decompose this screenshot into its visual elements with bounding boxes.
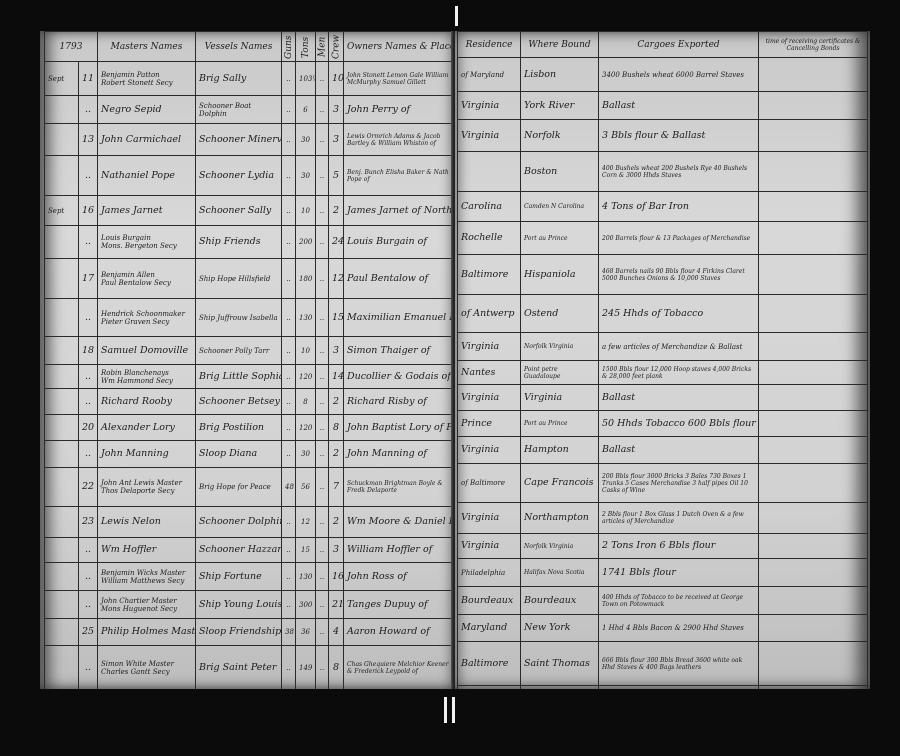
day-cell: 18 bbox=[79, 337, 98, 365]
col3-cell: .. bbox=[316, 337, 329, 365]
owners-cell: Richard Risby of bbox=[344, 389, 454, 415]
residence-cell: Nantes bbox=[458, 361, 521, 385]
men-cell: 2 bbox=[329, 441, 344, 468]
col3-cell: .. bbox=[316, 441, 329, 468]
owners-cell: Tanges Dupuy of bbox=[344, 591, 454, 619]
certificate-cell bbox=[759, 615, 868, 642]
col3-cell: .. bbox=[316, 591, 329, 619]
day-cell: .. bbox=[79, 299, 98, 337]
vessel-name-cell: Brig Sally bbox=[196, 62, 282, 96]
where-bound-cell: London to take in Tobacco in Patuxent bbox=[521, 686, 599, 690]
vessel-name-cell: Ship Friends bbox=[196, 226, 282, 259]
tons-cell: 10 bbox=[296, 196, 316, 226]
table-row: 17Benjamin AllenPaul Bentalow SecyShip H… bbox=[45, 259, 454, 299]
table-row: ..Robin BlanchenaysWm Hammond SecyBrig L… bbox=[45, 365, 454, 389]
month-cell: Sept bbox=[45, 62, 79, 96]
col3-cell: .. bbox=[316, 389, 329, 415]
vessel-name-cell: Brig Hope for Peace bbox=[196, 468, 282, 507]
men-cell: 2 bbox=[329, 389, 344, 415]
owners-cell: Chas Ghequiere Melchior Keener & Frederi… bbox=[344, 646, 454, 690]
owners-cell: John Manning of bbox=[344, 441, 454, 468]
cargo-cell: Ballast bbox=[599, 437, 759, 464]
secretary-name: Charles Gantt Secy bbox=[101, 668, 192, 676]
table-row: ..John Chartier MasterMons Huguenot Secy… bbox=[45, 591, 454, 619]
table-row: ..Richard RoobySchooner Betsey..8..2Rich… bbox=[45, 389, 454, 415]
vessel-name-cell: Schooner Boat Dolphin bbox=[196, 96, 282, 124]
col3-cell: .. bbox=[316, 96, 329, 124]
guns-cell: .. bbox=[282, 389, 296, 415]
residence-cell: Virginia bbox=[458, 333, 521, 361]
guns-cell: .. bbox=[282, 96, 296, 124]
table-row: BourdeauxBourdeaux400 Hhds of Tobacco to… bbox=[458, 587, 868, 615]
vessel-name-cell: Schooner Minerva bbox=[196, 124, 282, 156]
secretary-name: Thos Delaporte Secy bbox=[101, 487, 192, 495]
master-name-cell: John Chartier MasterMons Huguenot Secy bbox=[98, 591, 196, 619]
table-row: ..Benjamin Wicks MasterWilliam Matthews … bbox=[45, 563, 454, 591]
month-cell bbox=[45, 468, 79, 507]
certificate-cell bbox=[759, 534, 868, 559]
guns-cell: .. bbox=[282, 156, 296, 196]
guns-cell: .. bbox=[282, 591, 296, 619]
month-cell bbox=[45, 507, 79, 538]
guns-header: Guns bbox=[282, 32, 296, 62]
cargo-cell: 1741 Bbls flour bbox=[599, 559, 759, 587]
day-cell: .. bbox=[79, 646, 98, 690]
vessel-name-cell: Schooner Dolphin bbox=[196, 507, 282, 538]
master-name-cell: Philip Holmes Master bbox=[98, 619, 196, 646]
register-table-right: Residence Where Bound Cargoes Exported t… bbox=[457, 31, 868, 689]
tons-cell: 149 bbox=[296, 646, 316, 690]
col3-cell: .. bbox=[316, 156, 329, 196]
residence-cell: Virginia bbox=[458, 92, 521, 120]
certificate-cell bbox=[759, 686, 868, 690]
cargo-cell: 245 Hhds of Tobacco bbox=[599, 295, 759, 333]
month-cell bbox=[45, 619, 79, 646]
owners-cell: Schuckman Brightman Boyle & Fredk Delapo… bbox=[344, 468, 454, 507]
owners-header: Owners Names & Places of bbox=[344, 32, 454, 62]
master-name: Hendrick Schoonmaker bbox=[101, 310, 192, 318]
residence-cell: Bourdeaux bbox=[458, 587, 521, 615]
master-name-cell: Alexander Lory bbox=[98, 415, 196, 441]
tons-header: Tons bbox=[296, 32, 316, 62]
vessel-name-cell: Schooner Hazzard bbox=[196, 538, 282, 563]
table-row: CarolinaCamden N Carolina4 Tons of Bar I… bbox=[458, 192, 868, 222]
film-mark-bottom-2 bbox=[452, 697, 455, 723]
table-row: 13John CarmichaelSchooner Minerva..30..3… bbox=[45, 124, 454, 156]
col3-cell: .. bbox=[316, 507, 329, 538]
table-row: NantesPoint petre Guadaloupe1500 Bbls fl… bbox=[458, 361, 868, 385]
film-mark-bottom-1 bbox=[444, 697, 447, 723]
day-cell: 13 bbox=[79, 124, 98, 156]
crew-header: Crew bbox=[329, 32, 344, 62]
men-cell: 10 bbox=[329, 62, 344, 96]
vessels-names-header: Vessels Names bbox=[196, 32, 282, 62]
day-cell: 11 bbox=[79, 62, 98, 96]
month-cell bbox=[45, 591, 79, 619]
month-cell bbox=[45, 226, 79, 259]
table-row: 23Lewis NelonSchooner Dolphin..12..2Wm M… bbox=[45, 507, 454, 538]
vessel-name-cell: Sloop Friendship bbox=[196, 619, 282, 646]
certificate-cell bbox=[759, 92, 868, 120]
table-row: Sept16James JarnetSchooner Sally..10..2J… bbox=[45, 196, 454, 226]
men-cell: 3 bbox=[329, 96, 344, 124]
owners-cell: Wm Moore & Daniel Hall of bbox=[344, 507, 454, 538]
men-cell: 3 bbox=[329, 538, 344, 563]
guns-cell: .. bbox=[282, 507, 296, 538]
month-cell bbox=[45, 365, 79, 389]
day-cell: 20 bbox=[79, 415, 98, 441]
table-row: Boston400 Bushels wheat 200 Bushels Rye … bbox=[458, 152, 868, 192]
table-row: 25Philip Holmes MasterSloop Friendship38… bbox=[45, 619, 454, 646]
vessel-name-cell: Ship Juffrouw Isabella bbox=[196, 299, 282, 337]
master-name: John Chartier Master bbox=[101, 597, 192, 605]
certificates-header: time of receiving certificates & Cancell… bbox=[759, 32, 868, 58]
month-cell bbox=[45, 563, 79, 591]
month-cell bbox=[45, 646, 79, 690]
table-row: 20Alexander LoryBrig Postilion..120..8Jo… bbox=[45, 415, 454, 441]
table-row: 22John Ant Lewis MasterThos Delaporte Se… bbox=[45, 468, 454, 507]
master-name: Benjamin Patton bbox=[101, 71, 192, 79]
day-cell: 23 bbox=[79, 507, 98, 538]
men-cell: 3 bbox=[329, 124, 344, 156]
vessel-name-cell: Schooner Betsey bbox=[196, 389, 282, 415]
certificate-cell bbox=[759, 152, 868, 192]
residence-cell: of Maryland bbox=[458, 58, 521, 92]
men-cell: 15 bbox=[329, 299, 344, 337]
cargo-cell: 666 Bbls flour 300 Bbls Bread 3600 white… bbox=[599, 642, 759, 686]
master-name-cell: James Jarnet bbox=[98, 196, 196, 226]
vessel-name-cell: Schooner Lydia bbox=[196, 156, 282, 196]
residence-cell: Virginia bbox=[458, 437, 521, 464]
col3-cell: .. bbox=[316, 299, 329, 337]
cargo-cell: 1 Hhd 4 Bbls Bacon & 2900 Hhd Staves bbox=[599, 615, 759, 642]
men-header: Men bbox=[316, 32, 329, 62]
day-cell: .. bbox=[79, 96, 98, 124]
day-cell: 22 bbox=[79, 468, 98, 507]
tons-cell: 30 bbox=[296, 441, 316, 468]
cargoes-exported-header: Cargoes Exported bbox=[599, 32, 759, 58]
masters-names-header: Masters Names bbox=[98, 32, 196, 62]
month-cell bbox=[45, 96, 79, 124]
cargo-cell: 2 Bbls flour 1 Box Glass 1 Dutch Oven & … bbox=[599, 503, 759, 534]
table-row: ..Hendrick SchoonmakerPieter Graven Secy… bbox=[45, 299, 454, 337]
master-name-cell: John Ant Lewis MasterThos Delaporte Secy bbox=[98, 468, 196, 507]
owners-cell: Aaron Howard of bbox=[344, 619, 454, 646]
table-row: VirginiaNorthampton2 Bbls flour 1 Box Gl… bbox=[458, 503, 868, 534]
left-page: 1793 Masters Names Vessels Names Guns To… bbox=[40, 31, 455, 689]
table-row: RochellePort au Prince200 Barrels flour … bbox=[458, 222, 868, 255]
cargo-cell: 468 Barrels nails 90 Bbls flour 4 Firkin… bbox=[599, 255, 759, 295]
cargo-cell: 3 Bbls flour & Ballast bbox=[599, 120, 759, 152]
certificate-cell bbox=[759, 255, 868, 295]
where-bound-cell: Hampton bbox=[521, 437, 599, 464]
owners-cell: Simon Thaiger of bbox=[344, 337, 454, 365]
certificate-cell bbox=[759, 192, 868, 222]
where-bound-cell: New York bbox=[521, 615, 599, 642]
certificate-cell bbox=[759, 222, 868, 255]
certificate-cell bbox=[759, 295, 868, 333]
tons-cell: 300 bbox=[296, 591, 316, 619]
table-row: of BaltimoreCape Francois200 Bbls flour … bbox=[458, 464, 868, 503]
tons-cell: 130 bbox=[296, 299, 316, 337]
residence-cell: Virginia bbox=[458, 503, 521, 534]
col3-cell: .. bbox=[316, 196, 329, 226]
residence-cell: Philadelphia bbox=[458, 559, 521, 587]
guns-cell: .. bbox=[282, 365, 296, 389]
men-cell: 24 bbox=[329, 226, 344, 259]
residence-cell: Virginia bbox=[458, 120, 521, 152]
where-bound-cell: Port au Prince bbox=[521, 411, 599, 437]
residence-cell: Baltimore bbox=[458, 642, 521, 686]
table-row: ..Louis BurgainMons. Bergeton SecyShip F… bbox=[45, 226, 454, 259]
certificate-cell bbox=[759, 411, 868, 437]
tons-cell: 103½ bbox=[296, 62, 316, 96]
day-cell: .. bbox=[79, 441, 98, 468]
men-cell: 14 bbox=[329, 365, 344, 389]
certificate-cell bbox=[759, 464, 868, 503]
month-cell bbox=[45, 441, 79, 468]
guns-cell: .. bbox=[282, 62, 296, 96]
cargo-cell: 3400 Bushels wheat 6000 Barrel Staves bbox=[599, 58, 759, 92]
month-cell bbox=[45, 337, 79, 365]
table-row: VirginiaVirginiaBallast bbox=[458, 385, 868, 411]
residence-cell bbox=[458, 152, 521, 192]
where-bound-cell: Bourdeaux bbox=[521, 587, 599, 615]
tons-cell: 36 bbox=[296, 619, 316, 646]
certificate-cell bbox=[759, 120, 868, 152]
certificate-cell bbox=[759, 503, 868, 534]
cargo-cell: Ballast bbox=[599, 92, 759, 120]
residence-cell: of Baltimore bbox=[458, 464, 521, 503]
table-row: of G BritainLondon to take in Tobacco in… bbox=[458, 686, 868, 690]
men-cell: 5 bbox=[329, 156, 344, 196]
table-row: PrincePort au Prince50 Hhds Tobacco 600 … bbox=[458, 411, 868, 437]
master-name-cell: Simon White MasterCharles Gantt Secy bbox=[98, 646, 196, 690]
residence-cell: of G Britain bbox=[458, 686, 521, 690]
certificate-cell bbox=[759, 333, 868, 361]
table-row: VirginiaHamptonBallast bbox=[458, 437, 868, 464]
men-cell: 16 bbox=[329, 563, 344, 591]
cargo-cell: 200 Bbls flour 3000 Bricks 3 Bales 730 B… bbox=[599, 464, 759, 503]
where-bound-cell: Camden N Carolina bbox=[521, 192, 599, 222]
men-cell: 4 bbox=[329, 619, 344, 646]
guns-cell: .. bbox=[282, 196, 296, 226]
secretary-name: Robert Stonett Secy bbox=[101, 79, 192, 87]
master-name-cell: Nathaniel Pope bbox=[98, 156, 196, 196]
vessel-name-cell: Sloop Diana bbox=[196, 441, 282, 468]
col3-cell: .. bbox=[316, 259, 329, 299]
master-name-cell: Benjamin AllenPaul Bentalow Secy bbox=[98, 259, 196, 299]
master-name-cell: Benjamin PattonRobert Stonett Secy bbox=[98, 62, 196, 96]
col3-cell: .. bbox=[316, 563, 329, 591]
day-cell: 17 bbox=[79, 259, 98, 299]
men-cell: 7 bbox=[329, 468, 344, 507]
day-cell: .. bbox=[79, 365, 98, 389]
residence-cell: Virginia bbox=[458, 385, 521, 411]
right-page: Residence Where Bound Cargoes Exported t… bbox=[455, 31, 870, 689]
day-cell: .. bbox=[79, 156, 98, 196]
certificate-cell bbox=[759, 437, 868, 464]
master-name-cell: Hendrick SchoonmakerPieter Graven Secy bbox=[98, 299, 196, 337]
owners-cell: Benj. Bunch Elisha Baker & Nath Pope of bbox=[344, 156, 454, 196]
master-name: John Ant Lewis Master bbox=[101, 479, 192, 487]
secretary-name: Pieter Graven Secy bbox=[101, 318, 192, 326]
cargo-cell: 200 Barrels flour & 13 Packages of Merch… bbox=[599, 222, 759, 255]
where-bound-cell: Virginia bbox=[521, 385, 599, 411]
col3-cell: .. bbox=[316, 62, 329, 96]
month-cell bbox=[45, 259, 79, 299]
cargo-cell: 2 Tons Iron 6 Bbls flour bbox=[599, 534, 759, 559]
tons-cell: 10 bbox=[296, 337, 316, 365]
where-bound-cell: Lisbon bbox=[521, 58, 599, 92]
guns-cell: .. bbox=[282, 226, 296, 259]
col3-cell: .. bbox=[316, 468, 329, 507]
certificate-cell bbox=[759, 385, 868, 411]
month-cell: Sept bbox=[45, 196, 79, 226]
cargo-cell: 400 Hhds of Tobacco to be received at Ge… bbox=[599, 587, 759, 615]
tons-cell: 30 bbox=[296, 124, 316, 156]
residence-cell: Maryland bbox=[458, 615, 521, 642]
where-bound-cell: Norfolk Virginia bbox=[521, 333, 599, 361]
cargo-cell: 400 Bushels wheat 200 Bushels Rye 40 Bus… bbox=[599, 152, 759, 192]
table-row: ..Negro SepidSchooner Boat Dolphin..6..3… bbox=[45, 96, 454, 124]
secretary-name: William Matthews Secy bbox=[101, 577, 192, 585]
guns-cell: .. bbox=[282, 563, 296, 591]
master-name-cell: Wm Hoffler bbox=[98, 538, 196, 563]
guns-cell: .. bbox=[282, 124, 296, 156]
month-cell bbox=[45, 299, 79, 337]
residence-cell: Virginia bbox=[458, 534, 521, 559]
master-name-cell: Richard Rooby bbox=[98, 389, 196, 415]
col3-cell: .. bbox=[316, 538, 329, 563]
where-bound-cell: York River bbox=[521, 92, 599, 120]
guns-cell: .. bbox=[282, 646, 296, 690]
guns-cell: 48 bbox=[282, 468, 296, 507]
where-bound-cell: Saint Thomas bbox=[521, 642, 599, 686]
master-name-cell: Lewis Nelon bbox=[98, 507, 196, 538]
guns-cell: .. bbox=[282, 415, 296, 441]
table-row: ..John ManningSloop Diana..30..2John Man… bbox=[45, 441, 454, 468]
master-name-cell: Benjamin Wicks MasterWilliam Matthews Se… bbox=[98, 563, 196, 591]
table-row: VirginiaYork RiverBallast bbox=[458, 92, 868, 120]
certificate-cell bbox=[759, 587, 868, 615]
day-cell: .. bbox=[79, 591, 98, 619]
men-cell: 21 bbox=[329, 591, 344, 619]
owners-cell: Maximilian Emanuel Deltgoe fils bbox=[344, 299, 454, 337]
col3-cell: .. bbox=[316, 124, 329, 156]
guns-cell: .. bbox=[282, 441, 296, 468]
residence-cell: Baltimore bbox=[458, 255, 521, 295]
cargo-cell: 50 Hhds Tobacco 600 Bbls flour bbox=[599, 411, 759, 437]
table-row: ..Wm HofflerSchooner Hazzard..15..3Willi… bbox=[45, 538, 454, 563]
vessel-name-cell: Schooner Polly Tarr bbox=[196, 337, 282, 365]
certificate-cell bbox=[759, 361, 868, 385]
tons-cell: 130 bbox=[296, 563, 316, 591]
tons-cell: 200 bbox=[296, 226, 316, 259]
month-cell bbox=[45, 389, 79, 415]
cargo-cell: 130 Hhds Tobacco bbox=[599, 686, 759, 690]
table-row: MarylandNew York1 Hhd 4 Bbls Bacon & 290… bbox=[458, 615, 868, 642]
table-row: ..Nathaniel PopeSchooner Lydia..30..5Ben… bbox=[45, 156, 454, 196]
cargo-cell: 4 Tons of Bar Iron bbox=[599, 192, 759, 222]
owners-cell: Ducollier & Godais of bbox=[344, 365, 454, 389]
tons-cell: 30 bbox=[296, 156, 316, 196]
table-row: BaltimoreHispaniola468 Barrels nails 90 … bbox=[458, 255, 868, 295]
master-name: Simon White Master bbox=[101, 660, 192, 668]
residence-header: Residence bbox=[458, 32, 521, 58]
owners-cell: Lewis Ormrich Adams & Jacob Bartley & Wi… bbox=[344, 124, 454, 156]
owners-cell: John Baptist Lory of Port au bbox=[344, 415, 454, 441]
day-cell: .. bbox=[79, 538, 98, 563]
vessel-name-cell: Ship Hope Hillsfield bbox=[196, 259, 282, 299]
certificate-cell bbox=[759, 642, 868, 686]
master-name-cell: Robin BlanchenaysWm Hammond Secy bbox=[98, 365, 196, 389]
table-row: PhiladelphiaHalifax Nova Scotia1741 Bbls… bbox=[458, 559, 868, 587]
guns-cell: .. bbox=[282, 337, 296, 365]
col3-cell: .. bbox=[316, 365, 329, 389]
master-name-cell: Samuel Domoville bbox=[98, 337, 196, 365]
master-name-cell: John Carmichael bbox=[98, 124, 196, 156]
owners-cell: John Ross of bbox=[344, 563, 454, 591]
owners-cell: William Hoffler of bbox=[344, 538, 454, 563]
where-bound-header: Where Bound bbox=[521, 32, 599, 58]
vessel-name-cell: Brig Saint Peter bbox=[196, 646, 282, 690]
guns-cell: .. bbox=[282, 538, 296, 563]
men-cell: 12 bbox=[329, 259, 344, 299]
tons-cell: 15 bbox=[296, 538, 316, 563]
guns-cell: 38 bbox=[282, 619, 296, 646]
men-cell: 8 bbox=[329, 415, 344, 441]
tons-cell: 120 bbox=[296, 365, 316, 389]
where-bound-cell: Port au Prince bbox=[521, 222, 599, 255]
cargo-cell: 1500 Bbls flour 12,000 Hoop staves 4,000… bbox=[599, 361, 759, 385]
secretary-name: Mons Huguenot Secy bbox=[101, 605, 192, 613]
men-cell: 8 bbox=[329, 646, 344, 690]
month-cell bbox=[45, 124, 79, 156]
tons-cell: 6 bbox=[296, 96, 316, 124]
secretary-name: Mons. Bergeton Secy bbox=[101, 242, 192, 250]
day-cell: .. bbox=[79, 389, 98, 415]
table-row: Sept11Benjamin PattonRobert Stonett Secy… bbox=[45, 62, 454, 96]
master-name-cell: Louis BurgainMons. Bergeton Secy bbox=[98, 226, 196, 259]
certificate-cell bbox=[759, 58, 868, 92]
cargo-cell: a few articles of Merchandize & Ballast bbox=[599, 333, 759, 361]
men-cell: 2 bbox=[329, 507, 344, 538]
day-cell: 16 bbox=[79, 196, 98, 226]
where-bound-cell: Point petre Guadaloupe bbox=[521, 361, 599, 385]
month-cell bbox=[45, 156, 79, 196]
vessel-name-cell: Ship Young Louis bbox=[196, 591, 282, 619]
where-bound-cell: Norfolk bbox=[521, 120, 599, 152]
men-cell: 3 bbox=[329, 337, 344, 365]
vessel-name-cell: Brig Little Sophia bbox=[196, 365, 282, 389]
men-cell: 2 bbox=[329, 196, 344, 226]
tons-cell: 120 bbox=[296, 415, 316, 441]
day-cell: .. bbox=[79, 563, 98, 591]
table-row: VirginiaNorfolk Virginiaa few articles o… bbox=[458, 333, 868, 361]
register-table-left: 1793 Masters Names Vessels Names Guns To… bbox=[44, 31, 454, 689]
tons-cell: 56 bbox=[296, 468, 316, 507]
film-mark-top bbox=[455, 6, 458, 26]
secretary-name: Paul Bentalow Secy bbox=[101, 279, 192, 287]
table-row: of AntwerpOstend245 Hhds of Tobacco bbox=[458, 295, 868, 333]
col3-cell: .. bbox=[316, 415, 329, 441]
col3-cell: .. bbox=[316, 646, 329, 690]
tons-cell: 8 bbox=[296, 389, 316, 415]
master-name-cell: John Manning bbox=[98, 441, 196, 468]
master-name-cell: Negro Sepid bbox=[98, 96, 196, 124]
guns-cell: .. bbox=[282, 259, 296, 299]
